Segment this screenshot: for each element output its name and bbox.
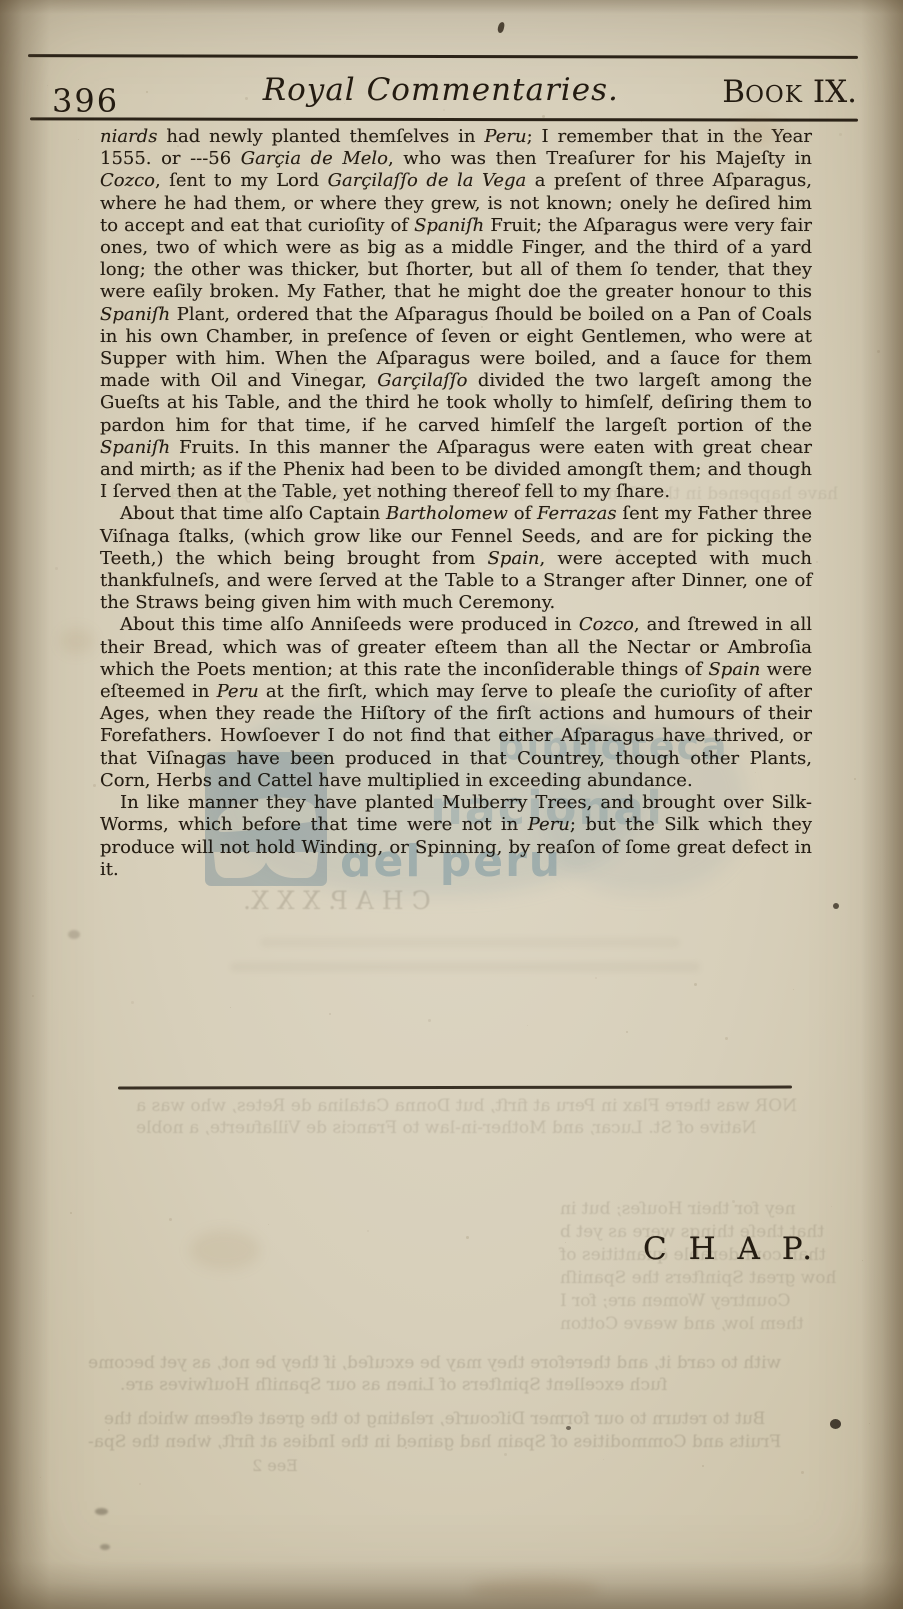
italic-text: Spaniſh [414,215,484,236]
page-edge-shadow-bottom [0,1561,903,1609]
paper-speck [230,1007,231,1008]
paragraph: About this time alſo Anniſeeds were prod… [100,614,812,792]
showthrough-line: C H A P. X X X. [243,886,431,915]
paper-speck [565,1242,566,1243]
paper-speck [40,1477,41,1478]
page-number: 396 [52,82,119,120]
foxing-stain [60,628,94,654]
pencil-mark [68,930,80,939]
paper-speck [245,97,248,100]
ink-spot [833,903,839,909]
paper-speck [877,350,880,353]
page-edge-shadow-left [0,0,50,1609]
showthrough-line: them low, and weave Cotton [560,1314,804,1334]
paper-speck [367,1230,369,1232]
ink-speck [566,1426,571,1430]
roman-text: , ſent to my Lord [155,170,328,191]
italic-text: Peru [528,814,570,835]
paper-speck [169,1218,172,1221]
book-heading: BOOK IX. [722,74,857,110]
paper-speck [428,1019,431,1022]
paper-speck [527,1025,528,1026]
italic-text: niards [100,126,157,147]
paper-speck [32,995,34,997]
paper-speck [306,1441,307,1442]
showthrough-line: ſuch excellent Spinſters of Linen as our… [120,1375,667,1395]
paper-speck [854,778,856,780]
roman-text: Fruits. In this manner the Aſparagus wer… [100,437,812,502]
showthrough-line: how great Spinſters the Spaniſh [560,1268,836,1288]
roman-text: of [508,503,537,524]
paper-speck [801,1471,804,1474]
smudge [95,1508,108,1515]
paper-speck [139,1483,141,1485]
paper-speck [146,91,148,93]
paper-speck [504,1453,507,1456]
paper-speck [55,567,58,570]
body-text: niards had newly planted themſelves in P… [100,126,812,881]
paper-speck [869,1423,870,1424]
book-smallcaps: OOK [745,82,803,108]
paper-speck [702,1465,704,1467]
ink-spot [830,1419,841,1429]
paper-speck [268,1224,269,1225]
italic-text: Spain [488,548,540,569]
running-title: Royal Commentaries. [263,72,619,108]
showthrough-line: Countrey Women are; for I [560,1291,790,1311]
roman-text: About this time alſo Anniſeeds were prod… [120,614,579,635]
catchword: C H A P. [643,1231,818,1267]
italic-text: Bartholomew [386,503,508,524]
italic-text: Spain [708,659,760,680]
paper-speck [329,1013,331,1015]
foxing-stain [190,1230,260,1270]
paper-speck [93,784,96,787]
italic-text: Peru [484,126,526,147]
italic-text: Garçilaſſo [377,370,467,391]
smudge [100,1544,110,1550]
book-initial: B [722,74,745,110]
paper-speck [603,1459,604,1460]
paper-speck [47,85,48,86]
showthrough-line: Native of St. Lucar, and Mother-in-law t… [136,1118,756,1138]
italic-text: Garçilaſſo de la Vega [328,170,527,191]
page-edge-shadow-right [861,0,903,1609]
paper-speck [816,561,818,563]
header-rule [30,117,858,121]
paper-speck [694,983,697,986]
showthrough-smudge [260,938,680,947]
top-rule [28,54,858,59]
book-numeral: IX. [813,74,857,110]
roman-text: had newly planted themſelves in [157,126,484,147]
paper-speck [78,139,79,140]
paper-speck [70,1212,72,1214]
paper-speck [131,1001,134,1004]
paragraph: In like manner they have planted Mulberr… [100,792,812,881]
paper-speck [862,1260,863,1261]
paper-speck [626,1031,628,1033]
paper-speck [405,1447,407,1449]
paper-speck [641,121,642,122]
paper-speck [443,109,445,111]
italic-text: Ferrazas [537,503,617,524]
showthrough-line: ney for their Houſes; but in [560,1199,796,1219]
paper-speck [108,1429,110,1431]
scanned-book-page: have happened in the Iſland of Cuba, whe… [0,0,903,1609]
paper-speck [793,989,794,990]
italic-text: Spaniſh [100,437,170,458]
page-edge-shadow-top [0,0,903,14]
paper-speck [831,1206,832,1207]
paper-speck [839,133,842,136]
roman-text: About that time alſo Captain [120,503,386,524]
italic-text: Cozco [579,614,634,635]
paragraph: niards had newly planted themſelves in P… [100,126,812,503]
italic-text: Spaniſh [100,304,170,325]
italic-text: Peru [217,681,259,702]
paragraph: About that time alſo Captain Bartholomew… [100,503,812,614]
showthrough-line: Fruits and Commodities of Spain had gain… [88,1432,781,1452]
showthrough-line: But to return to our former Diſcourſe, r… [104,1409,765,1429]
paper-speck [732,1200,735,1203]
italic-text: Cozco [100,170,155,191]
showthrough-line: NOR was there Flax in Peru at firſt, but… [136,1096,797,1116]
showthrough-line: Eee 2 [252,1456,298,1475]
showthrough-smudge [230,962,700,972]
paper-speck [595,977,597,979]
italic-text: Garçia de Melo [241,148,388,169]
roman-text: , who was then Treaſurer for his Majeſty… [388,148,812,169]
paper-speck [466,1236,469,1239]
paper-speck [725,1037,728,1040]
paper-speck [207,1435,210,1438]
ink-speck [497,21,505,33]
showthrough-line: with to card it, and therefore they may … [88,1353,781,1373]
foxing-stain [735,118,781,148]
foxing-stain [470,1578,600,1600]
section-end-rule [118,1086,792,1089]
